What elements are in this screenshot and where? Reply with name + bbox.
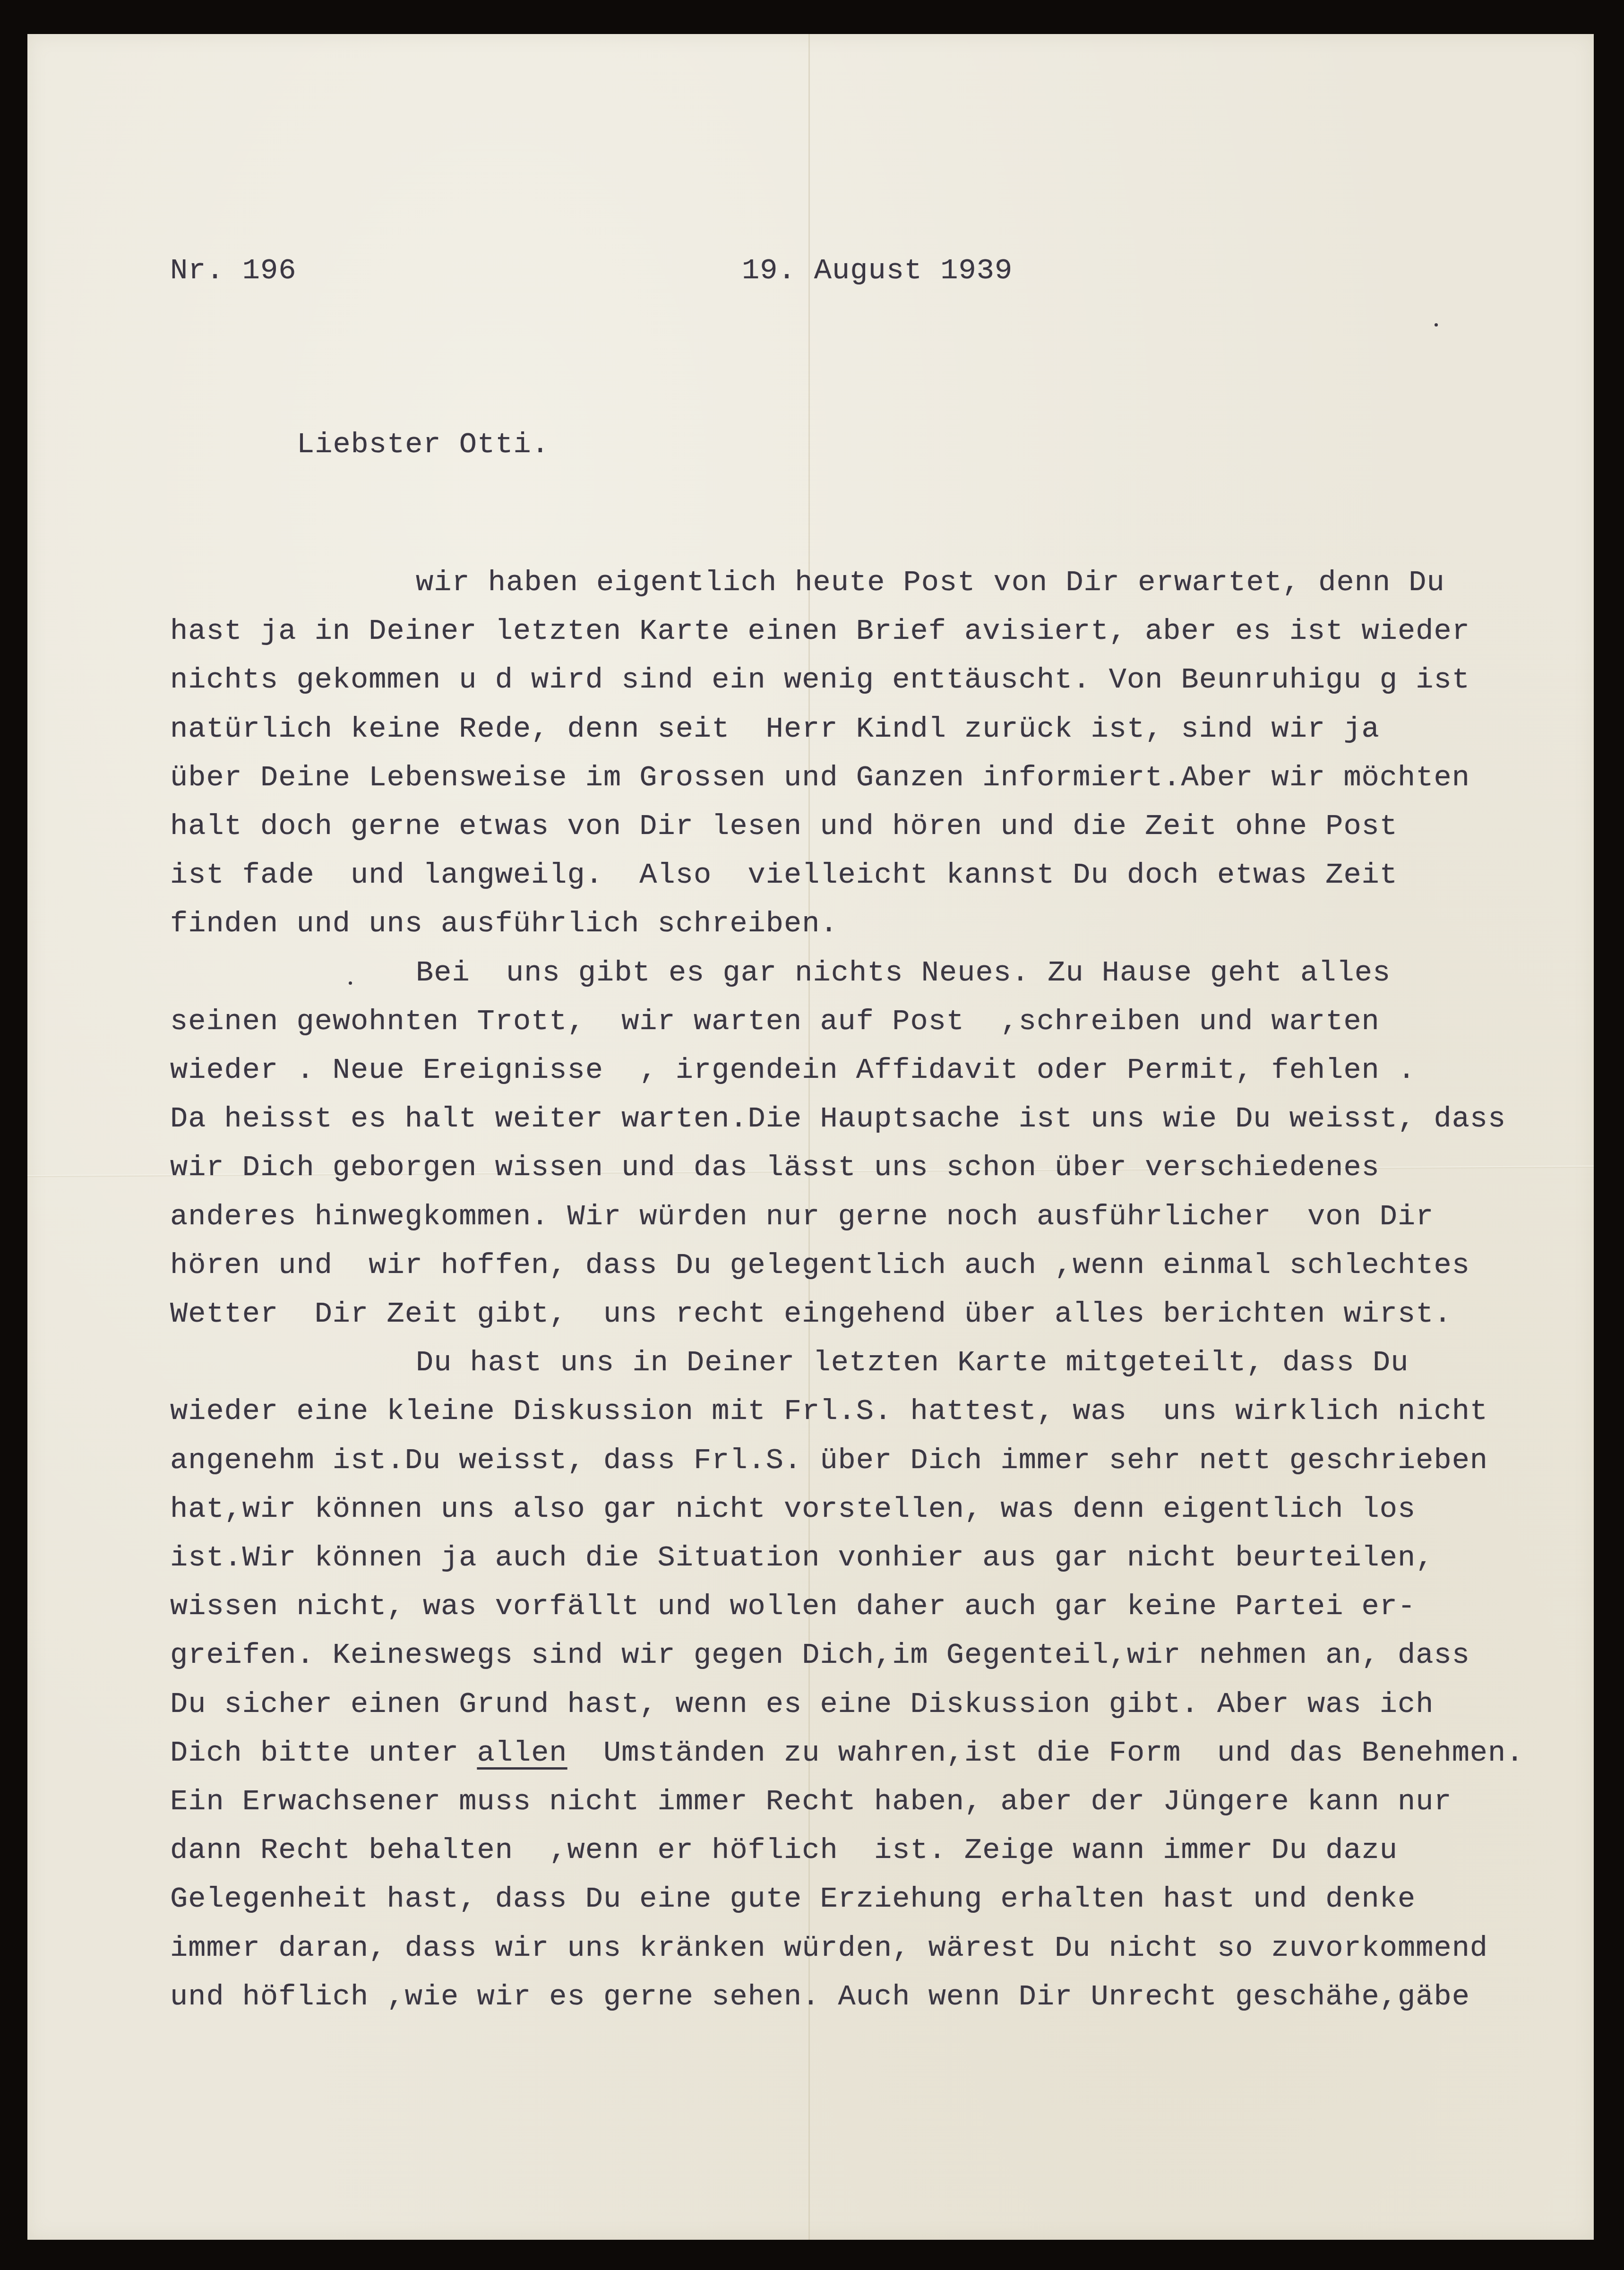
letter-line: Du hast uns in Deiner letzten Karte mitg… [416,1348,1409,1377]
letter-line: anderes hinwegkommen. Wir würden nur ger… [170,1202,1434,1231]
letter-line: Ein Erwachsener muss nicht immer Recht h… [170,1787,1452,1816]
letter-date: 19. August 1939 [742,256,1013,285]
letter-line: hat,wir können uns also gar nicht vorste… [170,1495,1416,1524]
letter-line: Bei uns gibt es gar nichts Neues. Zu Hau… [416,958,1391,988]
letter-line: Wetter Dir Zeit gibt, uns recht eingehen… [170,1299,1452,1329]
letter-line: ist fade und langweilg. Also vielleicht … [170,860,1398,890]
letter-line: wir haben eigentlich heute Post von Dir … [416,568,1445,597]
letter-line: halt doch gerne etwas von Dir lesen und … [170,812,1398,841]
letter-line: finden und uns ausführlich schreiben. [170,909,838,938]
letter-line: hören und wir hoffen, dass Du gelegentli… [170,1251,1470,1280]
letter-line: und höflich ,wie wir es gerne sehen. Auc… [170,1982,1470,2012]
letter-line: ist.Wir können ja auch die Situation von… [170,1543,1434,1573]
letter-line: Gelegenheit hast, dass Du eine gute Erzi… [170,1884,1416,1914]
salutation: Liebster Otti. [297,430,550,459]
letter-line: wieder eine kleine Diskussion mit Frl.S.… [170,1397,1488,1426]
letter-line: greifen. Keineswegs sind wir gegen Dich,… [170,1641,1470,1670]
letter-line: wieder . Neue Ereignisse , irgendein Aff… [170,1056,1416,1085]
letter-line: seinen gewohnten Trott, wir warten auf P… [170,1007,1380,1036]
letter-line: hast ja in Deiner letzten Karte einen Br… [170,617,1470,646]
letter-line: natürlich keine Rede, denn seit Herr Kin… [170,714,1380,744]
line-text: Umständen zu wahren,ist die Form und das… [567,1736,1524,1770]
underlined-word: allen [477,1736,567,1770]
line-text: Dich bitte unter [170,1736,477,1770]
letter-line: angenehm ist.Du weisst, dass Frl.S. über… [170,1446,1488,1475]
letter-number: Nr. 196 [170,256,296,285]
letter-line: immer daran, dass wir uns kränken würden… [170,1934,1488,1963]
letter-line: Du sicher einen Grund hast, wenn es eine… [170,1690,1434,1719]
letter-line: Da heisst es halt weiter warten.Die Haup… [170,1104,1506,1134]
letter-page: Nr. 196 19. August 1939 Liebster Otti. w… [27,34,1594,2240]
letter-line: wir Dich geborgen wissen und das lässt u… [170,1153,1380,1182]
letter-line: dann Recht behalten ,wenn er höflich ist… [170,1836,1398,1865]
letter-line: wissen nicht, was vorfällt und wollen da… [170,1592,1416,1621]
ink-speck [1435,323,1438,327]
letter-line: Dich bitte unter allen Umständen zu wahr… [170,1738,1524,1768]
letter-line: über Deine Lebensweise im Grossen und Ga… [170,763,1470,792]
ink-speck [349,981,352,985]
letter-line: nichts gekommen u d wird sind ein wenig … [170,665,1470,695]
